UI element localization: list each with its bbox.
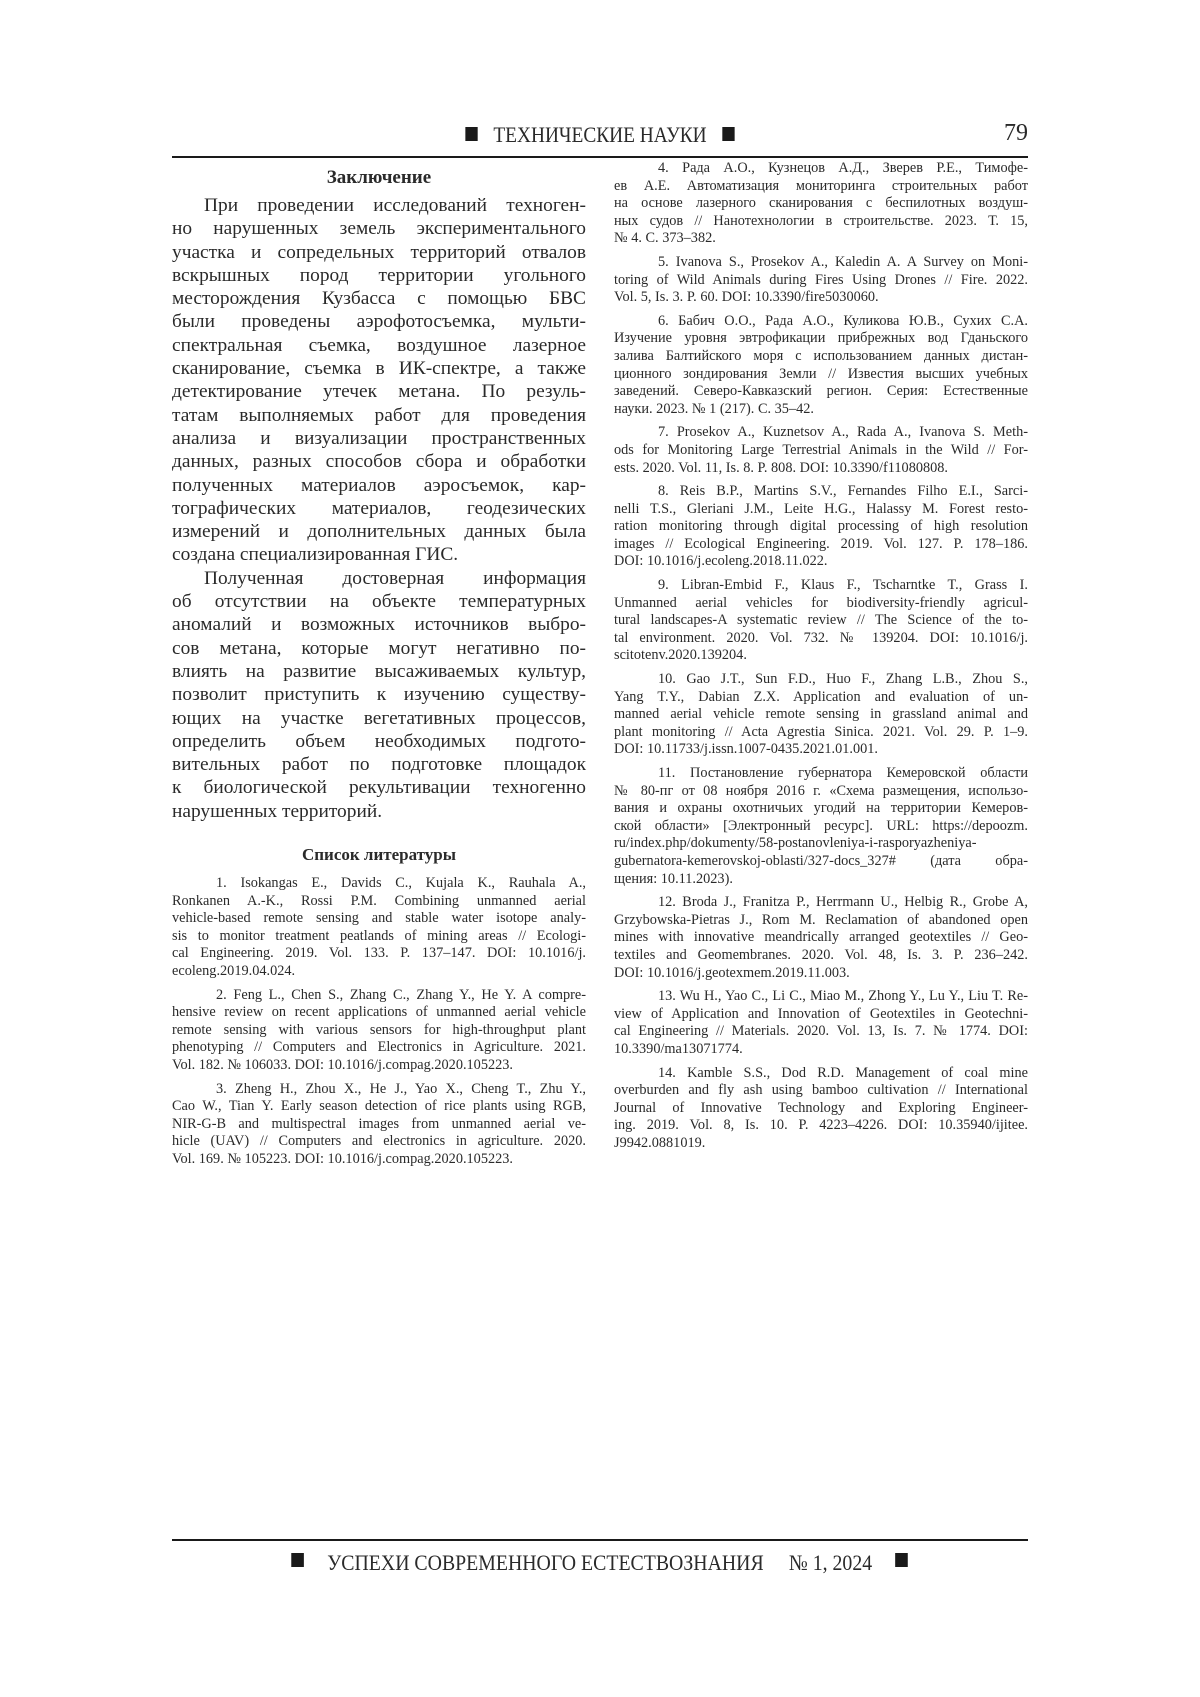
text-line: ru/index.php/dokumenty/58-postanovleniya… [614,835,1028,853]
text-line: заведений. Северо-Кавказский регион. Сер… [614,383,1028,401]
reference-item: 1. Isokangas E., Davids C., Kujala K., R… [172,875,586,981]
text-line: sis to monitor treatment peatlands of mi… [172,928,586,946]
reference-item: 4. Рада А.О., Кузнецов А.Д., Зверев Р.Е.… [614,160,1028,248]
text-line: overburden and fly ash using bamboo cult… [614,1082,1028,1100]
text-line: При проведении исследований техноген- [172,194,586,217]
text-line: об отсутствии на объекте температурных [172,590,586,613]
journal-title: УСПЕХИ СОВРЕМЕННОГО ЕСТЕСТВОЗНАНИЯ [328,1550,764,1575]
text-line: влиять на развитие высаживаемых культур, [172,660,586,683]
text-line: ing. 2019. Vol. 8, Is. 10. P. 4223–4226.… [614,1117,1028,1135]
text-line: ской области» [Электронный ресурс]. URL:… [614,818,1028,836]
text-line: вания и охраны охотничьих угодий на терр… [614,800,1028,818]
black-square-icon [896,1553,909,1567]
text-line: DOI: 10.1016/j.ecoleng.2018.11.022. [614,553,1028,571]
text-line: детектирование утечек метана. По резуль- [172,380,586,403]
text-line: 8. Reis B.P., Martins S.V., Fernandes Fi… [614,483,1028,501]
text-line: Vol. 169. № 105223. DOI: 10.1016/j.compa… [172,1151,586,1169]
text-line: измерений и дополнительных данных была [172,520,586,543]
text-line: науки. 2023. № 1 (217). С. 35–42. [614,401,1028,419]
text-line: ration monitoring through digital proces… [614,518,1028,536]
issue-number: № 1, 2024 [789,1550,872,1575]
text-line: ных судов // Нанотехнологии в строительс… [614,213,1028,231]
text-line: Cao W., Tian Y. Early season detection o… [172,1098,586,1116]
text-line: 12. Broda J., Franitza P., Herrmann U., … [614,894,1028,912]
text-line: 2. Feng L., Chen S., Zhang C., Zhang Y.,… [172,987,586,1005]
text-line: спектральная съемка, воздушное лазерное [172,334,586,357]
text-line: nelli T.S., Gleriani J.M., Leite H.G., H… [614,501,1028,519]
text-line: DOI: 10.11733/j.issn.1007-0435.2021.01.0… [614,741,1028,759]
text-line: вскрышных пород территории угольного [172,264,586,287]
text-line: Полученная достоверная информация [172,567,586,590]
text-line: щения: 10.11.2023). [614,871,1028,889]
text-line: plant monitoring // Acta Agrestia Sinica… [614,724,1028,742]
text-line: ecoleng.2019.04.024. [172,963,586,981]
conclusion-heading: Заключение [172,166,586,190]
text-line: 5. Ivanova S., Prosekov A., Kaledin A. A… [614,254,1028,272]
text-line: phenotyping // Computers and Electronics… [172,1039,586,1057]
left-column: Заключение При проведении исследований т… [172,166,586,1175]
text-line: vehicle-based remote sensing and stable … [172,910,586,928]
text-line: gubernatora-kemerovskoj-oblasti/327-docs… [614,853,1028,871]
reference-item: 14. Kamble S.S., Dod R.D. Management of … [614,1065,1028,1153]
running-footer: УСПЕХИ СОВРЕМЕННОГО ЕСТЕСТВОЗНАНИЯ№ 1, 2… [172,1550,1028,1580]
text-line: участка и сопредельных территорий отвало… [172,241,586,264]
text-line: hicle (UAV) // Computers and electronics… [172,1133,586,1151]
header-rule [172,156,1028,158]
text-line: DOI: 10.1016/j.geotexmem.2019.11.003. [614,965,1028,983]
text-line: 10. Gao J.T., Sun F.D., Huo F., Zhang L.… [614,671,1028,689]
text-line: ods for Monitoring Large Terrestrial Ani… [614,442,1028,460]
text-line: NIR-G-B and multispectral images from un… [172,1116,586,1134]
black-square-icon [292,1553,305,1567]
text-line: создана специализированная ГИС. [172,543,586,566]
text-line: J9942.0881019. [614,1135,1028,1153]
text-line: сканирование, съемка в ИК-спектре, а так… [172,357,586,380]
text-line: manned aerial vehicle remote sensing in … [614,706,1028,724]
text-line: Unmanned aerial vehicles for biodiversit… [614,595,1028,613]
text-line: позволит приступить к изучению существу- [172,683,586,706]
reference-item: 13. Wu H., Yao C., Li C., Miao M., Zhong… [614,988,1028,1058]
page-number: 79 [1004,120,1028,147]
text-line: 10.3390/ma13071774. [614,1041,1028,1059]
section-title-wrap: ТЕХНИЧЕСКИЕ НАУКИ [223,122,976,148]
text-line: mines with innovative meandrically arran… [614,929,1028,947]
text-line: scitotenv.2020.139204. [614,647,1028,665]
text-line: Ronkanen A.-K., Rossi P.M. Combining unm… [172,893,586,911]
reference-item: 2. Feng L., Chen S., Zhang C., Zhang Y.,… [172,987,586,1075]
text-line: полученных материалов аэросъемок, кар- [172,474,586,497]
text-line: ющих на участке вегетативных процессов, [172,707,586,730]
reference-item: 3. Zheng H., Zhou X., He J., Yao X., Che… [172,1081,586,1169]
text-line: images // Ecological Engineering. 2019. … [614,536,1028,554]
text-line: view of Application and Innovation of Ge… [614,1006,1028,1024]
reference-item: 12. Broda J., Franitza P., Herrmann U., … [614,894,1028,982]
running-header: ТЕХНИЧЕСКИЕ НАУКИ 79 [172,118,1028,152]
reference-item: 8. Reis B.P., Martins S.V., Fernandes Fi… [614,483,1028,571]
text-line: аномалий и возможных источников выбро- [172,613,586,636]
text-line: вительных работ по подготовке площадок [172,753,586,776]
text-line: Journal of Innovative Technology and Exp… [614,1100,1028,1118]
text-line: 4. Рада А.О., Кузнецов А.Д., Зверев Р.Е.… [614,160,1028,178]
text-line: 7. Prosekov A., Kuznetsov A., Rada A., I… [614,424,1028,442]
text-line: татам выполняемых работ для проведения [172,404,586,427]
text-line: tural landscapes-A systematic review // … [614,612,1028,630]
text-line: hensive review on recent applications of… [172,1004,586,1022]
reference-item: 9. Libran-Embid F., Klaus F., Tscharntke… [614,577,1028,665]
references-list-left: 1. Isokangas E., Davids C., Kujala K., R… [172,875,586,1169]
text-line: ests. 2020. Vol. 11, Is. 8. P. 808. DOI:… [614,460,1028,478]
text-line: 9. Libran-Embid F., Klaus F., Tscharntke… [614,577,1028,595]
text-line: были проведены аэрофотосъемка, мульти- [172,310,586,333]
right-column: 4. Рада А.О., Кузнецов А.Д., Зверев Р.Е.… [614,160,1028,1158]
text-line: remote sensing with various sensors for … [172,1022,586,1040]
text-line: 13. Wu H., Yao C., Li C., Miao M., Zhong… [614,988,1028,1006]
text-line: к биологической рекультивации техногенно [172,776,586,799]
references-heading: Список литературы [172,843,586,867]
conclusion-paragraph: Полученная достоверная информацияоб отсу… [172,567,586,823]
text-line: Yang T.Y., Dabian Z.X. Application and e… [614,689,1028,707]
reference-item: 6. Бабич О.О., Рада А.О., Куликова Ю.В.,… [614,313,1028,419]
text-line: Изучение уровня эвтрофикации прибрежных … [614,330,1028,348]
black-square-icon [723,127,735,141]
text-line: cal Engineering. 2019. Vol. 133. P. 137–… [172,945,586,963]
text-line: нарушенных территорий. [172,800,586,823]
text-line: 14. Kamble S.S., Dod R.D. Management of … [614,1065,1028,1083]
black-square-icon [465,127,477,141]
reference-item: 11. Постановление губернатора Кемеровско… [614,765,1028,888]
conclusion-paragraph: При проведении исследований техноген-но … [172,194,586,567]
text-line: ев А.Е. Автоматизация мониторинга строит… [614,178,1028,196]
references-list-right: 4. Рада А.О., Кузнецов А.Д., Зверев Р.Е.… [614,160,1028,1152]
footer-rule [172,1539,1028,1541]
text-line: определить объем необходимых подгото- [172,730,586,753]
text-line: 6. Бабич О.О., Рада А.О., Куликова Ю.В.,… [614,313,1028,331]
text-line: cal Engineering // Materials. 2020. Vol.… [614,1023,1028,1041]
section-title: ТЕХНИЧЕСКИЕ НАУКИ [493,122,706,147]
text-line: Vol. 5, Is. 3. P. 60. DOI: 10.3390/fire5… [614,289,1028,307]
text-line: 11. Постановление губернатора Кемеровско… [614,765,1028,783]
text-line: ционного зондирования Земли // Известия … [614,366,1028,384]
text-line: 1. Isokangas E., Davids C., Kujala K., R… [172,875,586,893]
conclusion-body: При проведении исследований техноген-но … [172,194,586,823]
text-line: тографических материалов, геодезических [172,497,586,520]
text-line: сов метана, которые могут негативно по- [172,637,586,660]
text-line: на основе лазерного сканирования с беспи… [614,195,1028,213]
text-line: textiles and Geomembranes. 2020. Vol. 48… [614,947,1028,965]
text-line: 3. Zheng H., Zhou X., He J., Yao X., Che… [172,1081,586,1099]
text-line: анализа и визуализации пространственных [172,427,586,450]
reference-item: 10. Gao J.T., Sun F.D., Huo F., Zhang L.… [614,671,1028,759]
text-line: залива Балтийского моря с использованием… [614,348,1028,366]
text-line: но нарушенных земель экспериментального [172,217,586,240]
reference-item: 5. Ivanova S., Prosekov A., Kaledin A. A… [614,254,1028,307]
reference-item: 7. Prosekov A., Kuznetsov A., Rada A., I… [614,424,1028,477]
text-line: № 80-пг от 08 ноября 2016 г. «Схема разм… [614,783,1028,801]
text-line: № 4. С. 373–382. [614,230,1028,248]
text-line: Vol. 182. № 106033. DOI: 10.1016/j.compa… [172,1057,586,1075]
text-line: месторождения Кузбасса с помощью БВС [172,287,586,310]
text-line: toring of Wild Animals during Fires Usin… [614,272,1028,290]
text-line: данных, разных способов сбора и обработк… [172,450,586,473]
text-line: Grzybowska-Pietras J., Rom M. Reclamatio… [614,912,1028,930]
text-line: tal environment. 2020. Vol. 732. № 13920… [614,630,1028,648]
